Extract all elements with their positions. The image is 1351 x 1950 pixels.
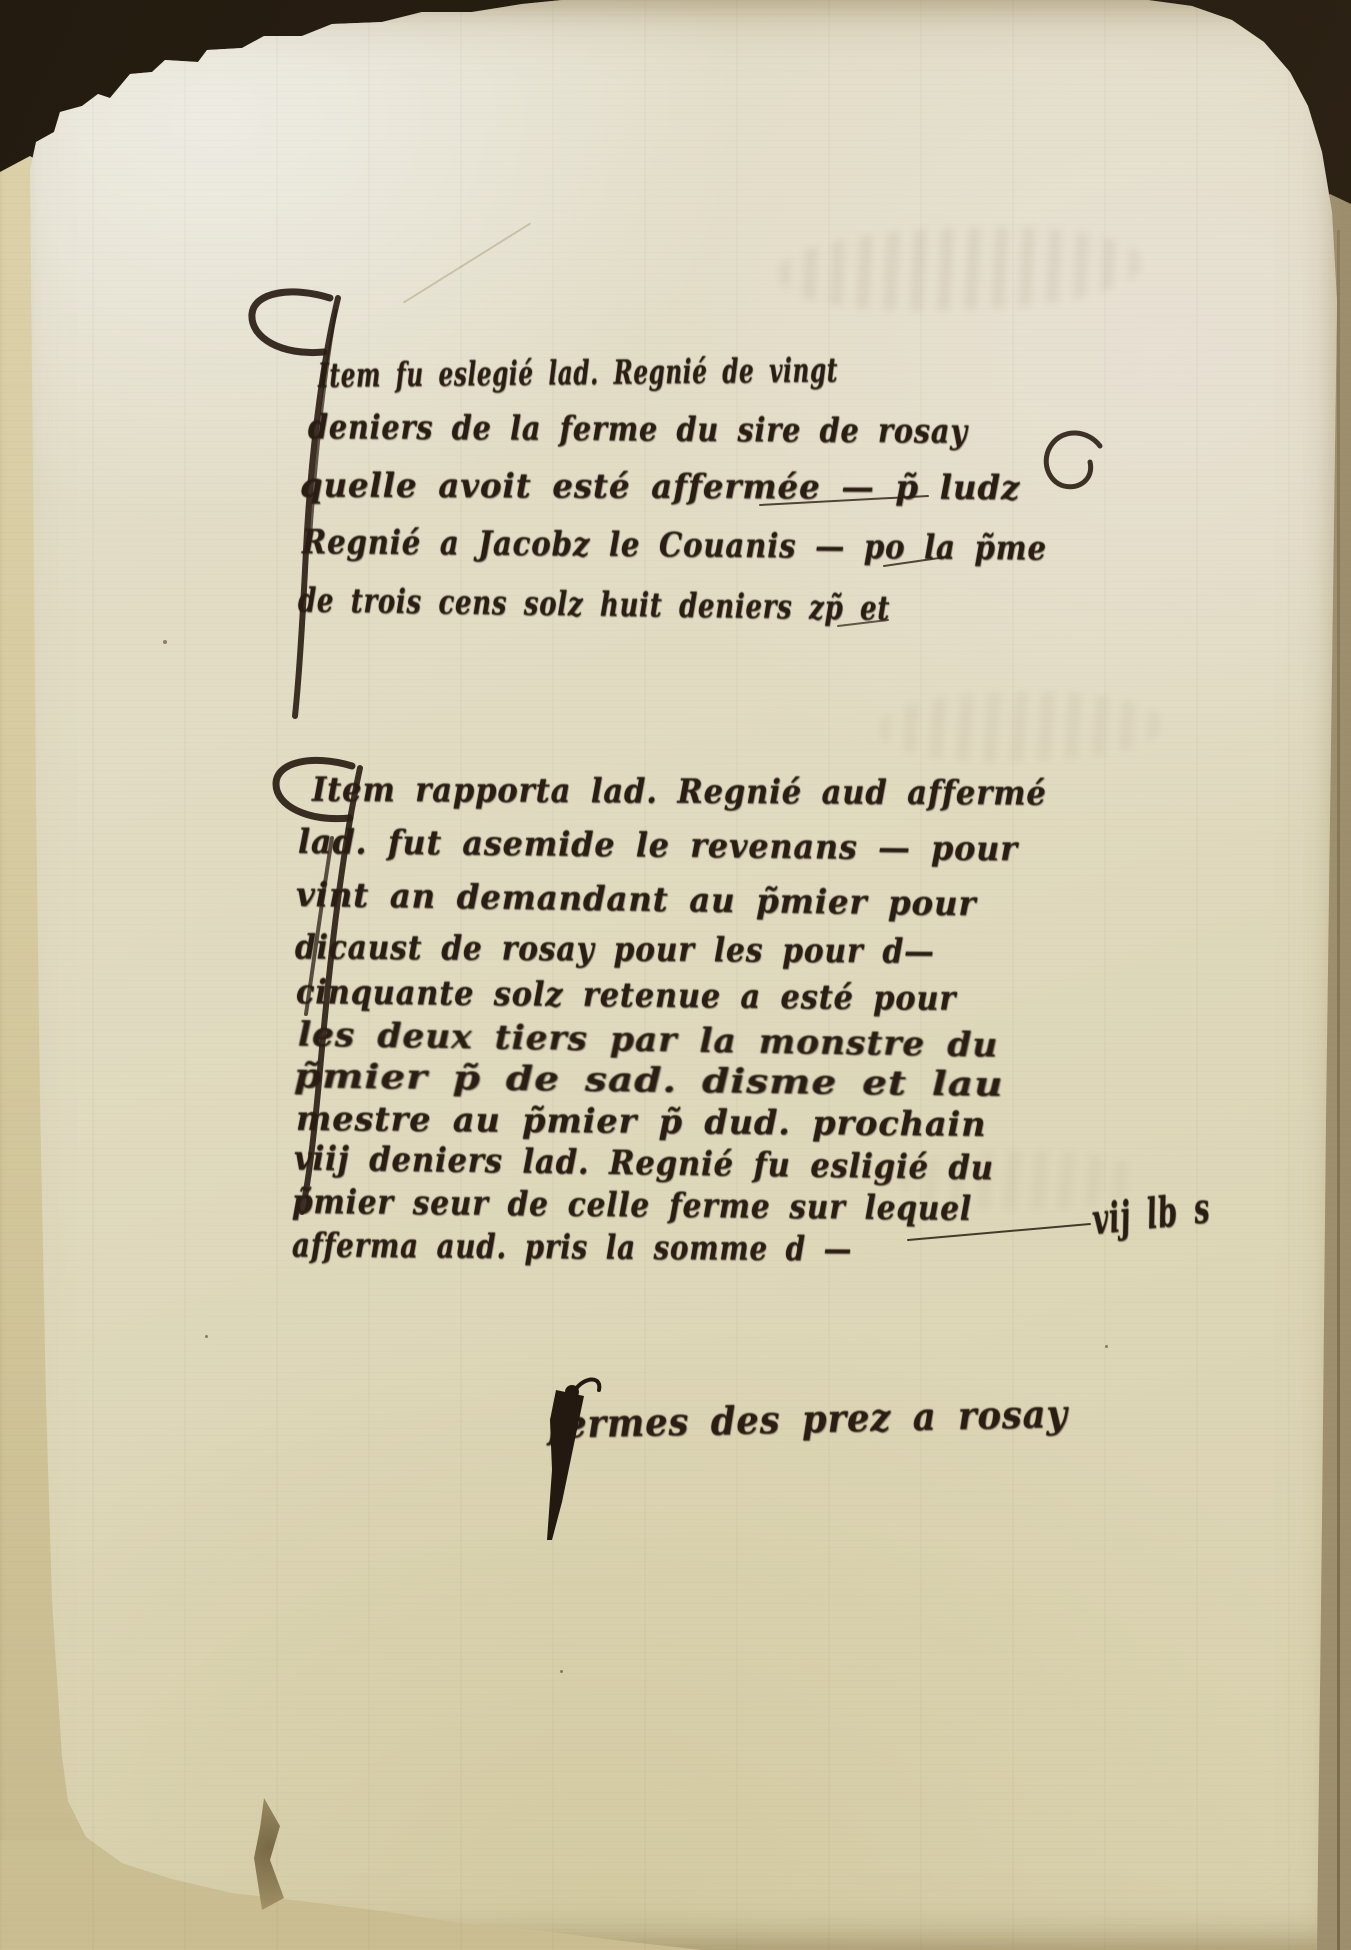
ink-speck bbox=[205, 1335, 208, 1338]
text-line: Regnié a Jacobz le Couanis — po la p̃me bbox=[302, 522, 1171, 570]
text-line: p̃mier seur de celle ferme sur lequel bbox=[292, 1182, 1075, 1230]
text-line: afferma aud. pris la somme d — bbox=[292, 1226, 980, 1271]
text-line: quelle avoit esté affermée — p̃ ludz bbox=[300, 466, 1058, 509]
text-line: p̃mier p̃ de sad. disme et lau bbox=[294, 1056, 916, 1104]
manuscript-page bbox=[0, 0, 1351, 1950]
ink-speck bbox=[560, 1670, 563, 1673]
text-line: Item rapporta lad. Regnié aud affermé bbox=[312, 770, 1131, 814]
ink-speck bbox=[163, 640, 167, 644]
text-line: mestre au p̃mier p̃ dud. prochain bbox=[296, 1099, 1000, 1145]
page-edge-crease bbox=[1337, 230, 1340, 1950]
text-line: lad. fut asemide le revenans — pour bbox=[298, 822, 1070, 870]
text-line: Item fu eslegié lad. Regnié de vingt bbox=[318, 348, 1087, 396]
manuscript-photo: { "page": { "kind": "handwritten manuscr… bbox=[0, 0, 1351, 1950]
text-line: dicaust de rosay pour les pour d— bbox=[295, 927, 1029, 972]
text-line: deniers de la ferme du sire de rosay bbox=[308, 407, 1091, 452]
ink-speck bbox=[1105, 1345, 1108, 1348]
text-line: cinquante solz retenue a esté pour bbox=[296, 972, 1037, 1020]
